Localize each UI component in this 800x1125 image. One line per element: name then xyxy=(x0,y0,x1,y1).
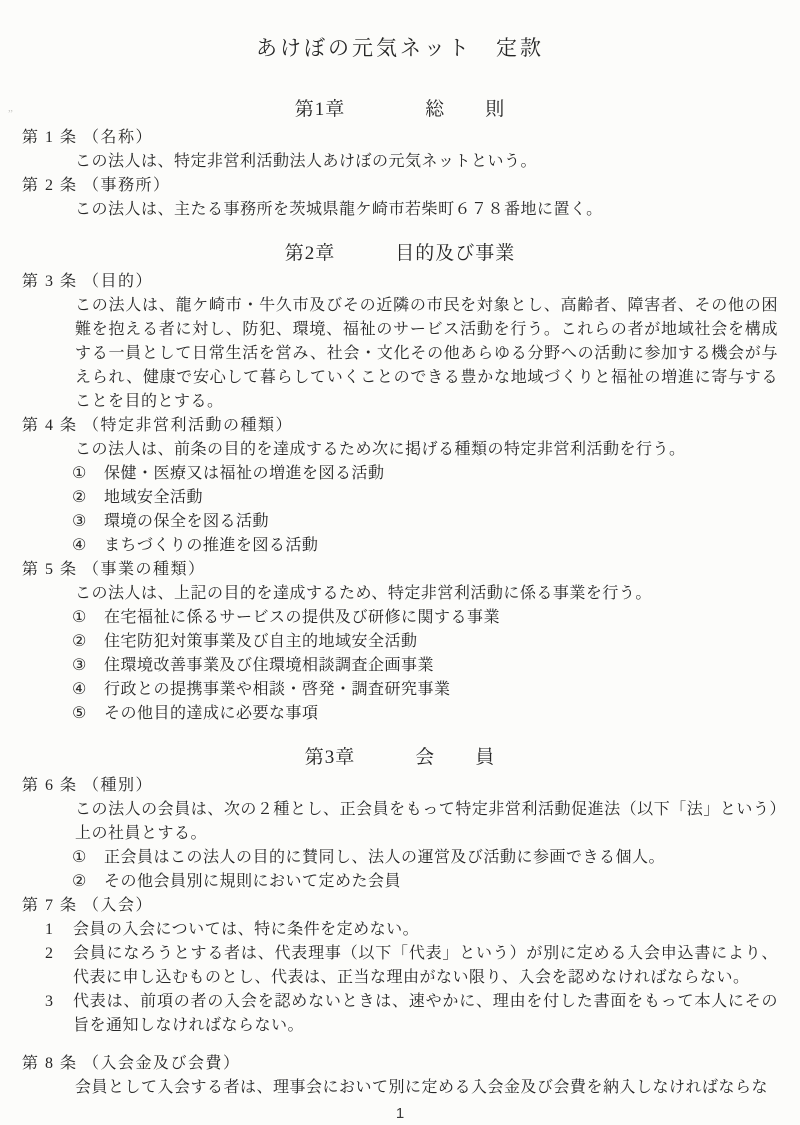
item-text: まちづくりの推進を図る活動 xyxy=(104,534,778,558)
list-item: ③住環境改善事業及び住環境相談調査企画事業 xyxy=(72,654,778,678)
item-text: 正会員はこの法人の目的に賛同し、法人の運営及び活動に参画できる個人。 xyxy=(104,846,778,870)
article-heading: 第 6 条 （種別） xyxy=(22,774,778,798)
paragraph: この法人は、特定非営利活動法人あけぼの元気ネットという。 xyxy=(75,150,778,174)
item-text: 環境の保全を図る活動 xyxy=(104,510,778,534)
item-marker: 3 xyxy=(45,990,73,1038)
chapter-heading: 第1章 総 則 xyxy=(22,96,778,124)
item-text: その他会員別に規則において定めた会員 xyxy=(104,870,778,894)
item-marker: 2 xyxy=(45,942,73,990)
document-title: あけぼの元気ネット 定款 xyxy=(22,34,778,62)
item-marker: ① xyxy=(72,846,104,870)
item-marker: ③ xyxy=(72,510,104,534)
document-body: 第1章 総 則第 1 条 （名称）この法人は、特定非営利活動法人あけぼの元気ネッ… xyxy=(22,96,778,1100)
scan-artifact: ” xyxy=(8,108,13,120)
item-marker: ④ xyxy=(72,678,104,702)
item-marker: 1 xyxy=(45,918,73,942)
list-item: ④行政との提携事業や相談・啓発・調査研究事業 xyxy=(72,678,778,702)
chapter-heading: 第3章 会 員 xyxy=(22,744,778,772)
paragraph: この法人の会員は、次の２種とし、正会員をもって特定非営利活動促進法（以下「法」と… xyxy=(75,798,778,846)
article-heading: 第 3 条 （目的） xyxy=(22,270,778,294)
page-number: 1 xyxy=(22,1104,778,1124)
article-heading: 第 2 条 （事務所） xyxy=(22,174,778,198)
list-item: ①在宅福祉に係るサービスの提供及び研修に関する事業 xyxy=(72,606,778,630)
paragraph: この法人は、龍ケ崎市・牛久市及びその近隣の市民を対象とし、高齢者、障害者、その他… xyxy=(75,294,778,414)
item-text: 地域安全活動 xyxy=(104,486,778,510)
list-item: 3代表は、前項の者の入会を認めないときは、速やかに、理由を付した書面をもって本人… xyxy=(45,990,778,1038)
list-item: ②その他会員別に規則において定めた会員 xyxy=(72,870,778,894)
item-text: 代表は、前項の者の入会を認めないときは、速やかに、理由を付した書面をもって本人に… xyxy=(73,990,778,1038)
list-item: ⑤その他目的達成に必要な事項 xyxy=(72,702,778,726)
paragraph: この法人は、前条の目的を達成するため次に掲げる種類の特定非営利活動を行う。 xyxy=(75,438,778,462)
item-text: 会員になろうとする者は、代表理事（以下「代表」という）が別に定める入会申込書によ… xyxy=(73,942,778,990)
item-marker: ④ xyxy=(72,534,104,558)
item-marker: ② xyxy=(72,486,104,510)
list-item: ①保健・医療又は福祉の増進を図る活動 xyxy=(72,462,778,486)
item-text: 住環境改善事業及び住環境相談調査企画事業 xyxy=(104,654,778,678)
item-marker: ② xyxy=(72,630,104,654)
item-marker: ① xyxy=(72,462,104,486)
item-marker: ② xyxy=(72,870,104,894)
item-text: 在宅福祉に係るサービスの提供及び研修に関する事業 xyxy=(104,606,778,630)
list-item: 1会員の入会については、特に条件を定めない。 xyxy=(45,918,778,942)
item-text: 行政との提携事業や相談・啓発・調査研究事業 xyxy=(104,678,778,702)
paragraph: 会員として入会する者は、理事会において別に定める入会金及び会費を納入しなければな… xyxy=(75,1076,778,1100)
item-marker: ① xyxy=(72,606,104,630)
item-text: 会員の入会については、特に条件を定めない。 xyxy=(73,918,778,942)
list-item: ②住宅防犯対策事業及び自主的地域安全活動 xyxy=(72,630,778,654)
list-item: ③環境の保全を図る活動 xyxy=(72,510,778,534)
article-heading: 第 4 条 （特定非営利活動の種類） xyxy=(22,414,778,438)
item-text: 保健・医療又は福祉の増進を図る活動 xyxy=(104,462,778,486)
list-item: ④まちづくりの推進を図る活動 xyxy=(72,534,778,558)
paragraph: この法人は、上記の目的を達成するため、特定非営利活動に係る事業を行う。 xyxy=(75,582,778,606)
article-heading: 第 1 条 （名称） xyxy=(22,126,778,150)
item-text: その他目的達成に必要な事項 xyxy=(104,702,778,726)
paragraph: この法人は、主たる事務所を茨城県龍ケ崎市若柴町６７８番地に置く。 xyxy=(75,198,778,222)
list-item: ②地域安全活動 xyxy=(72,486,778,510)
item-marker: ⑤ xyxy=(72,702,104,726)
article-heading: 第 7 条 （入会） xyxy=(22,894,778,918)
item-text: 住宅防犯対策事業及び自主的地域安全活動 xyxy=(104,630,778,654)
article-heading: 第 5 条 （事業の種類） xyxy=(22,558,778,582)
list-item: 2会員になろうとする者は、代表理事（以下「代表」という）が別に定める入会申込書に… xyxy=(45,942,778,990)
list-item: ①正会員はこの法人の目的に賛同し、法人の運営及び活動に参画できる個人。 xyxy=(72,846,778,870)
document-page: ” あけぼの元気ネット 定款 第1章 総 則第 1 条 （名称）この法人は、特定… xyxy=(0,0,800,1125)
item-marker: ③ xyxy=(72,654,104,678)
article-heading: 第 8 条 （入会金及び会費） xyxy=(22,1052,778,1076)
chapter-heading: 第2章 目的及び事業 xyxy=(22,240,778,268)
